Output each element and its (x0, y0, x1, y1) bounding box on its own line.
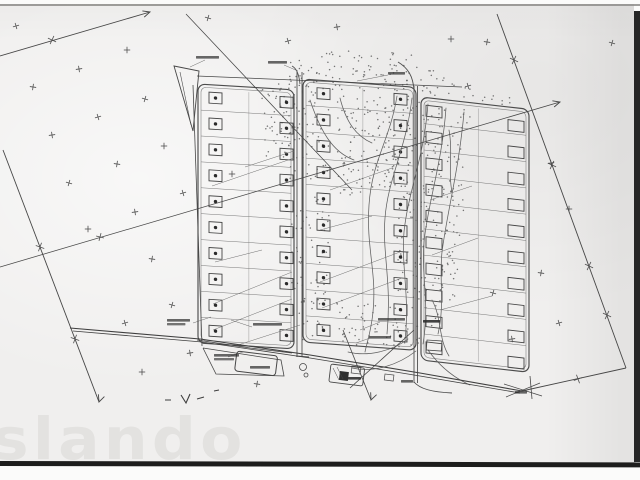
leader-lines-layer (190, 60, 388, 357)
survey-crosses-layer (12, 14, 616, 388)
utility-lines-layer (212, 151, 492, 345)
lot-strip-1 (198, 84, 294, 349)
triangle-flag (174, 66, 199, 131)
stipple-layer (260, 50, 510, 347)
scan-edge-top (0, 4, 640, 6)
scan-edge-right (634, 11, 640, 462)
boundary-lines-layer (0, 12, 626, 402)
contours-layer (310, 96, 470, 385)
site-plan-drawing (0, 0, 640, 480)
lot-strips-layer (198, 79, 529, 372)
scanned-site-plan-page: slando (0, 0, 640, 480)
lot-strip-2 (303, 79, 416, 350)
annotation-labels-layer (167, 56, 527, 394)
stray-marks-layer (165, 390, 219, 403)
